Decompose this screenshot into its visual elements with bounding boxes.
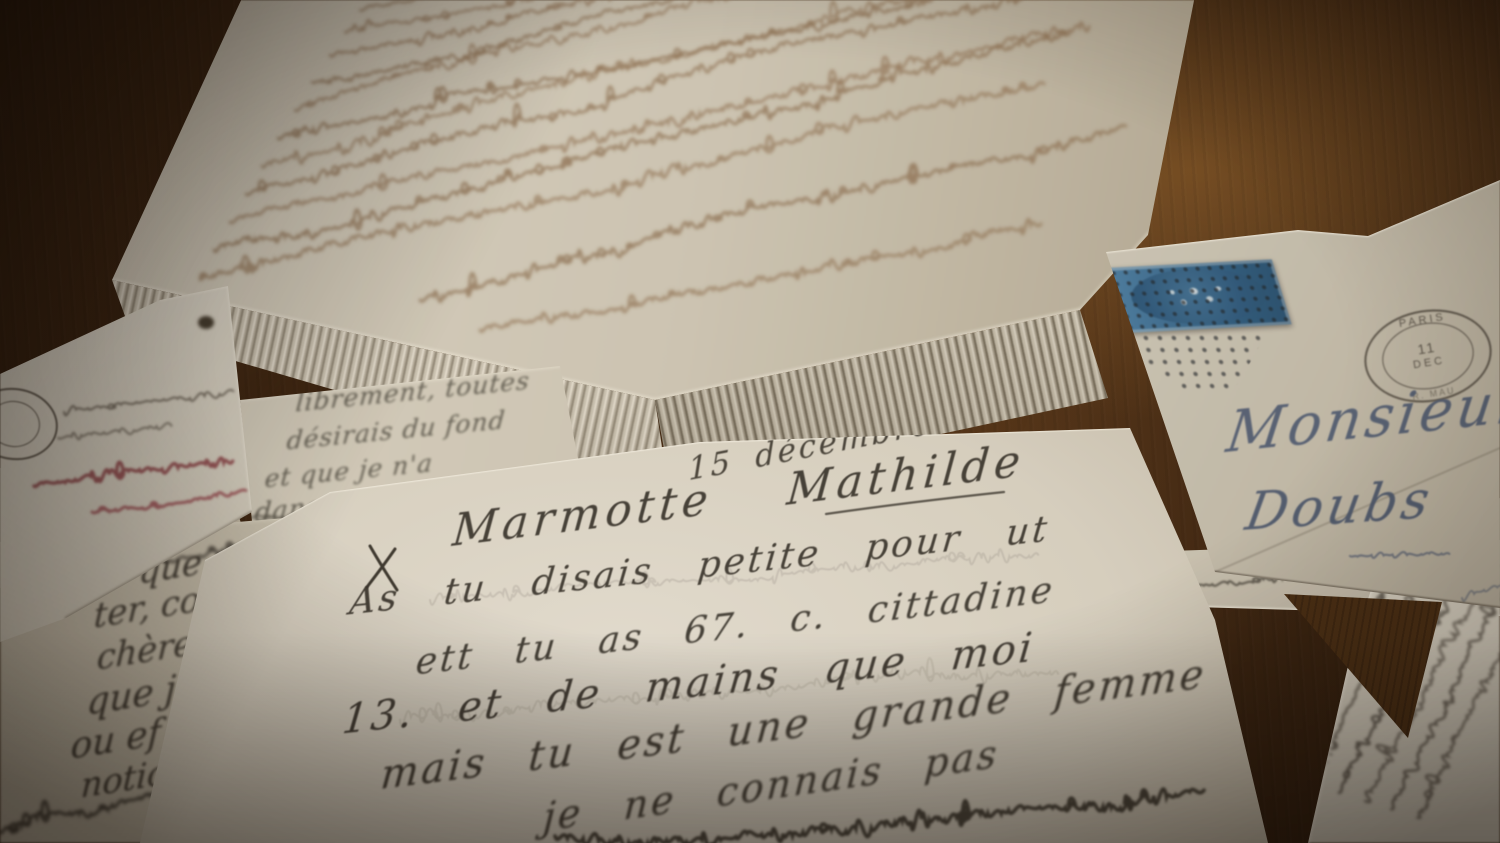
ink-blot [198, 316, 214, 329]
stamp-dot-cancellation [1106, 259, 1292, 333]
photo-of-old-letters: librement, toutes désirais du fond et qu… [0, 0, 1500, 843]
partial-postmark-icon [0, 382, 63, 466]
blue-stamp [1106, 259, 1292, 333]
